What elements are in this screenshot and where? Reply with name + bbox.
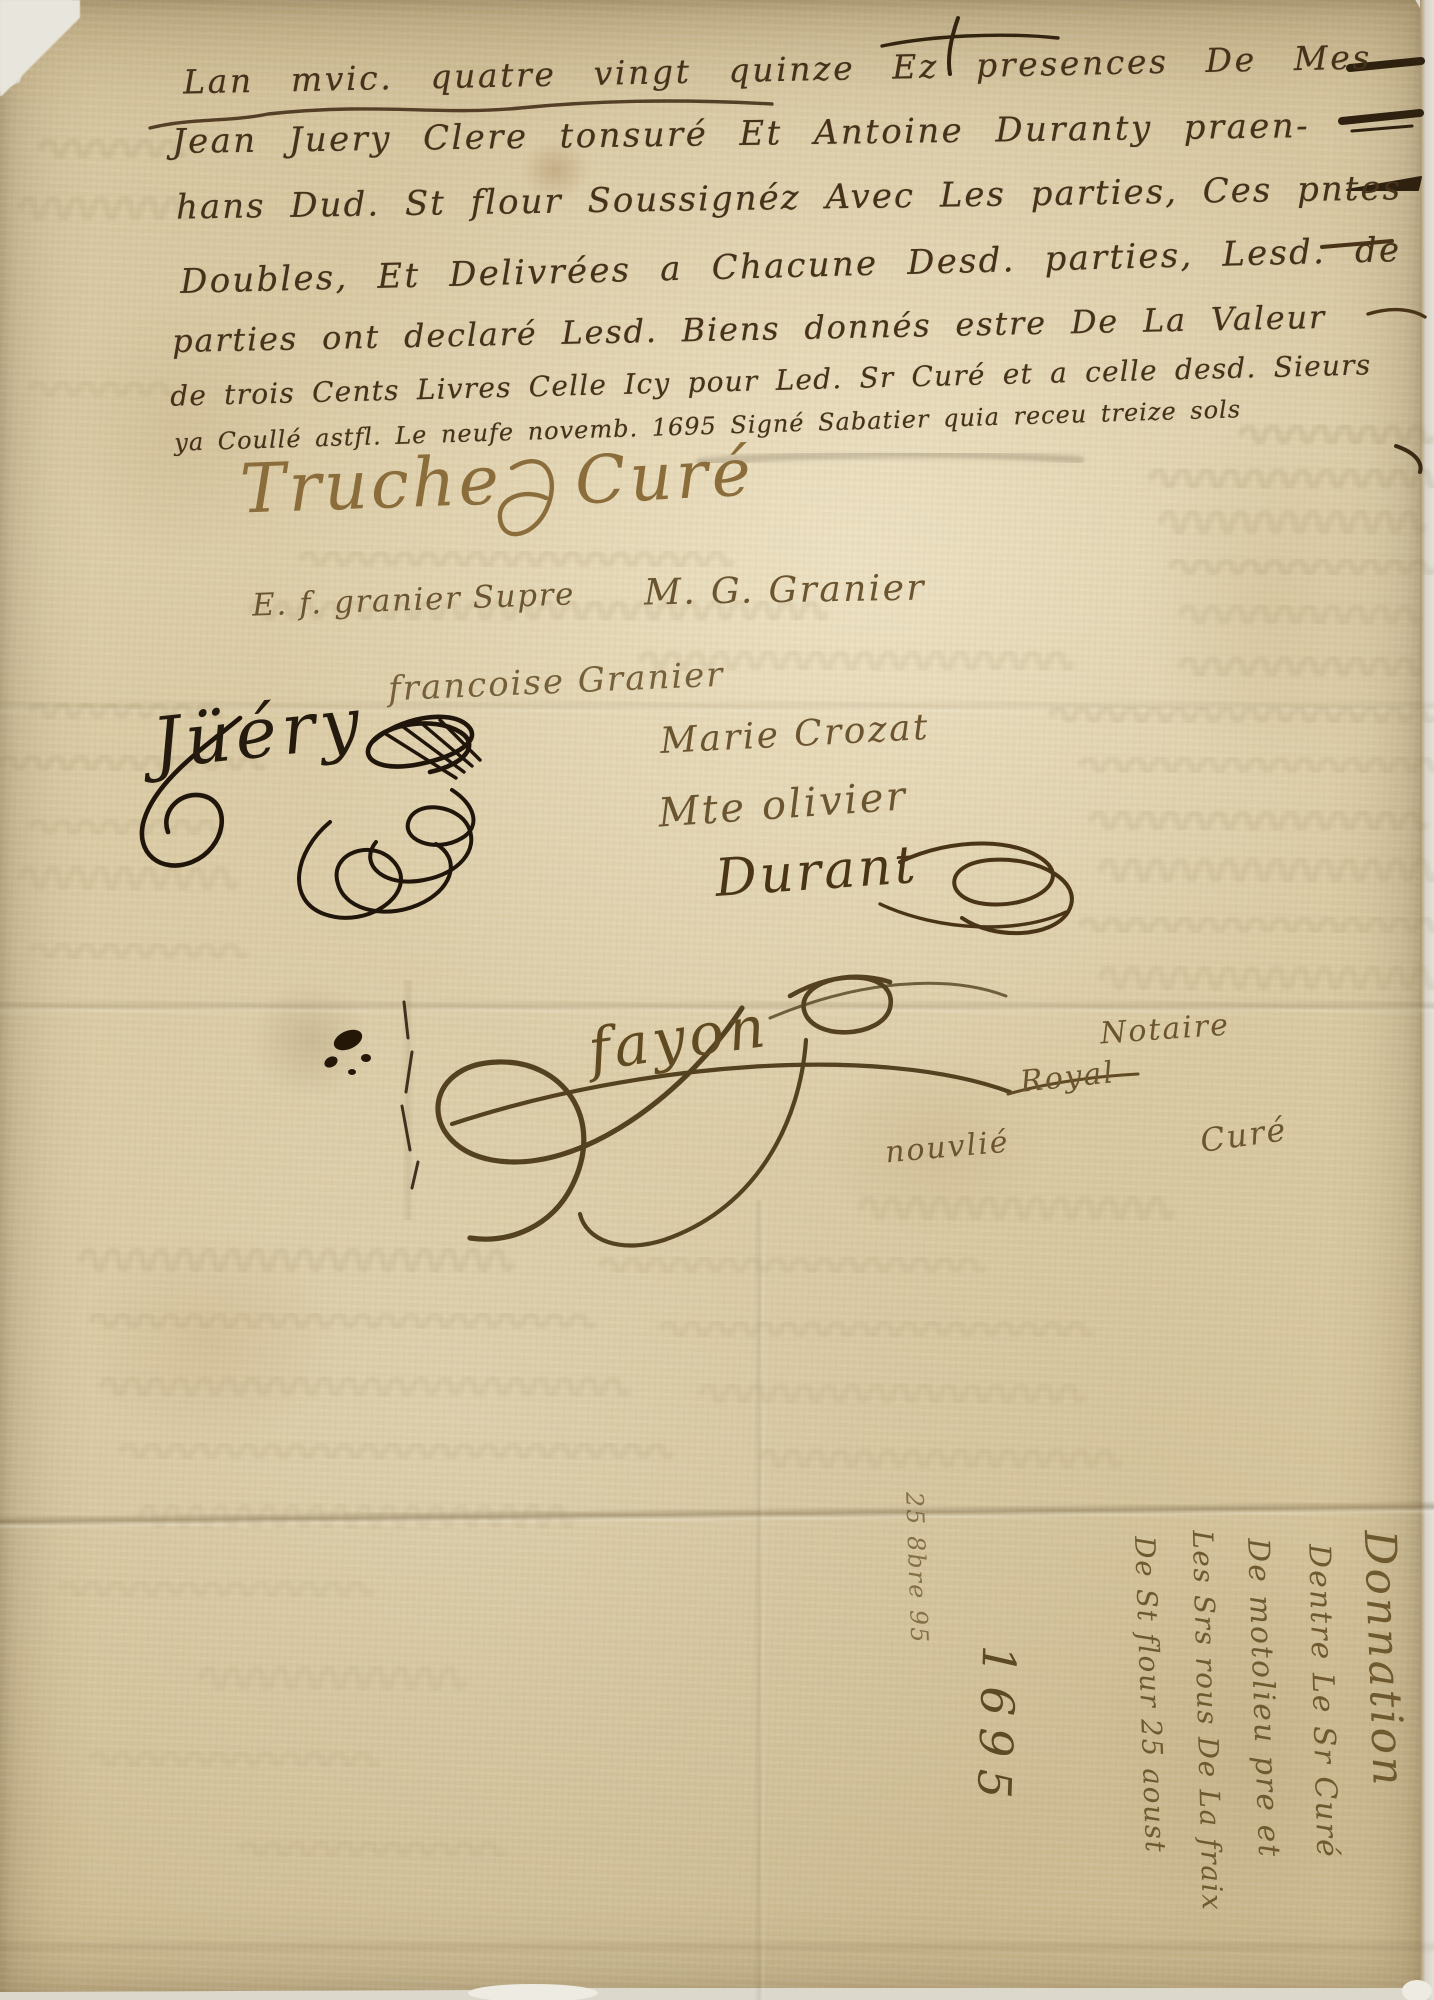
page-right-edge <box>1420 0 1434 2000</box>
dorsal-year: 1695 <box>946 1644 1026 1946</box>
signature-granier-right: M. G. Granier <box>644 568 927 614</box>
manuscript-photo: { "manuscript": { "description": "Page m… <box>0 0 1434 2000</box>
bottom-edge-notch <box>468 1984 598 2000</box>
signature-truche-title: Curé <box>573 433 756 519</box>
dorsal-note-block: Donnation Dentre Le Sr Curé De motolieu … <box>1090 1530 1420 2000</box>
signature-truche-name: Truche <box>239 441 503 529</box>
dorsal-date-small: 25 8bre 95 <box>888 1491 936 1712</box>
torn-corner-top-left <box>0 0 80 96</box>
